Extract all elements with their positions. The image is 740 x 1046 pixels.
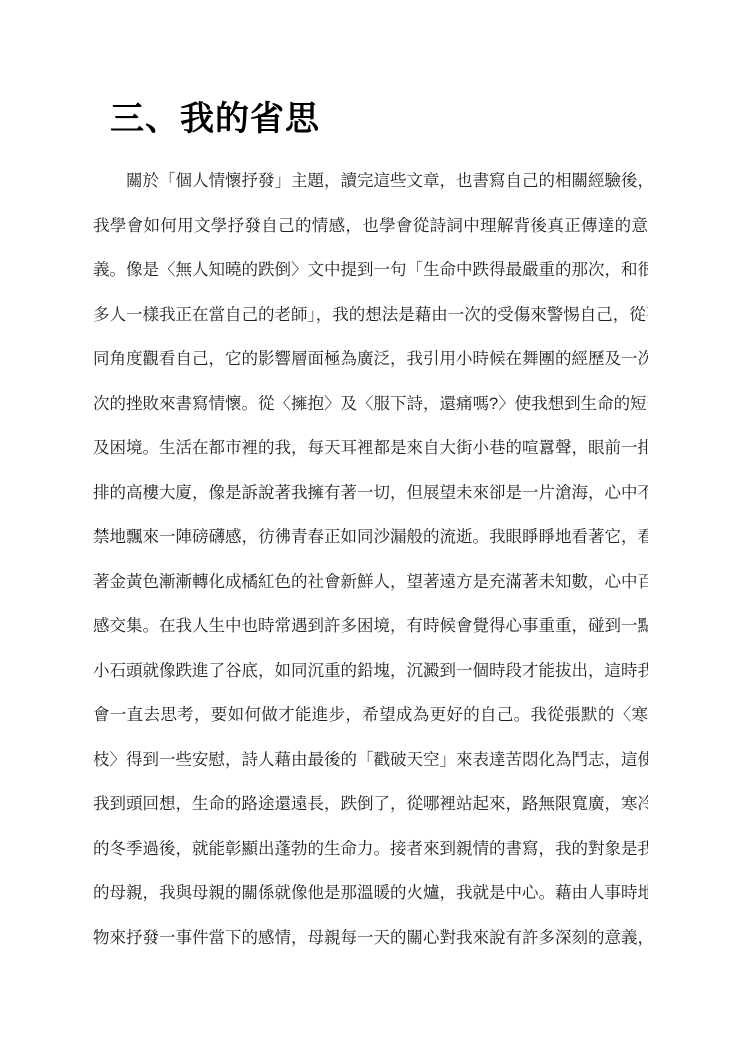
paragraph-line: 及困境。生活在都市裡的我，每天耳裡都是來自大街小巷的喧囂聲，眼前一排: [93, 426, 648, 471]
paragraph-line: 枝〉得到一些安慰，詩人藉由最後的「戳破天空」來表達苦悶化為鬥志，這使: [93, 738, 648, 783]
paragraph-line: 同角度觀看自己，它的影響層面極為廣泛，我引用小時候在舞團的經歷及一次: [93, 337, 648, 382]
document-page: 三、我的省思 關於「個人情懷抒發」主題，讀完這些文章，也書寫自己的相關經驗後，我…: [0, 0, 740, 1046]
paragraph-line: 我學會如何用文學抒發自己的情感，也學會從詩詞中理解背後真正傳達的意: [93, 204, 648, 249]
page-title: 三、我的省思: [110, 98, 648, 140]
paragraph-line: 關於「個人情懷抒發」主題，讀完這些文章，也書寫自己的相關經驗後，: [93, 159, 648, 204]
paragraph-line: 禁地飄來一陣磅礴感，彷彿青春正如同沙漏般的流逝。我眼睜睜地看著它，看: [93, 515, 648, 560]
paragraph-line: 會一直去思考，要如何做才能進步，希望成為更好的自己。我從張默的〈寒: [93, 693, 648, 738]
paragraph-line: 次的挫敗來書寫情懷。從〈擁抱〉及〈服下詩，還痛嗎?〉使我想到生命的短暫: [93, 382, 648, 427]
paragraph-line: 多人一樣我正在當自己的老師」，我的想法是藉由一次的受傷來警惕自己，從不: [93, 293, 648, 338]
paragraph-line: 物來抒發一事件當下的感情，母親每一天的關心對我來說有許多深刻的意義，: [93, 916, 648, 961]
paragraph-line: 義。像是〈無人知曉的跌倒〉文中提到一句「生命中跌得最嚴重的那次，和很: [93, 248, 648, 293]
paragraph-line: 的母親，我與母親的關係就像他是那溫暖的火爐，我就是中心。藉由人事時地: [93, 871, 648, 916]
body-paragraph: 關於「個人情懷抒發」主題，讀完這些文章，也書寫自己的相關經驗後，我學會如何用文學…: [93, 159, 648, 960]
paragraph-line: 排的高樓大廈，像是訴說著我擁有著一切，但展望未來卻是一片滄海，心中不: [93, 471, 648, 516]
paragraph-line: 的冬季過後，就能彰顯出蓬勃的生命力。接者來到親情的書寫，我的對象是我: [93, 827, 648, 872]
paragraph-line: 著金黃色漸漸轉化成橘紅色的社會新鮮人，望著遠方是充滿著未知數，心中百: [93, 560, 648, 605]
paragraph-line: 小石頭就像跌進了谷底，如同沉重的鉛塊，沉澱到一個時段才能拔出，這時我: [93, 649, 648, 694]
paragraph-line: 我到頭回想，生命的路途還遠長，跌倒了，從哪裡站起來，路無限寬廣，寒冷: [93, 782, 648, 827]
paragraph-line: 感交集。在我人生中也時常遇到許多困境，有時候會覺得心事重重，碰到一點: [93, 604, 648, 649]
